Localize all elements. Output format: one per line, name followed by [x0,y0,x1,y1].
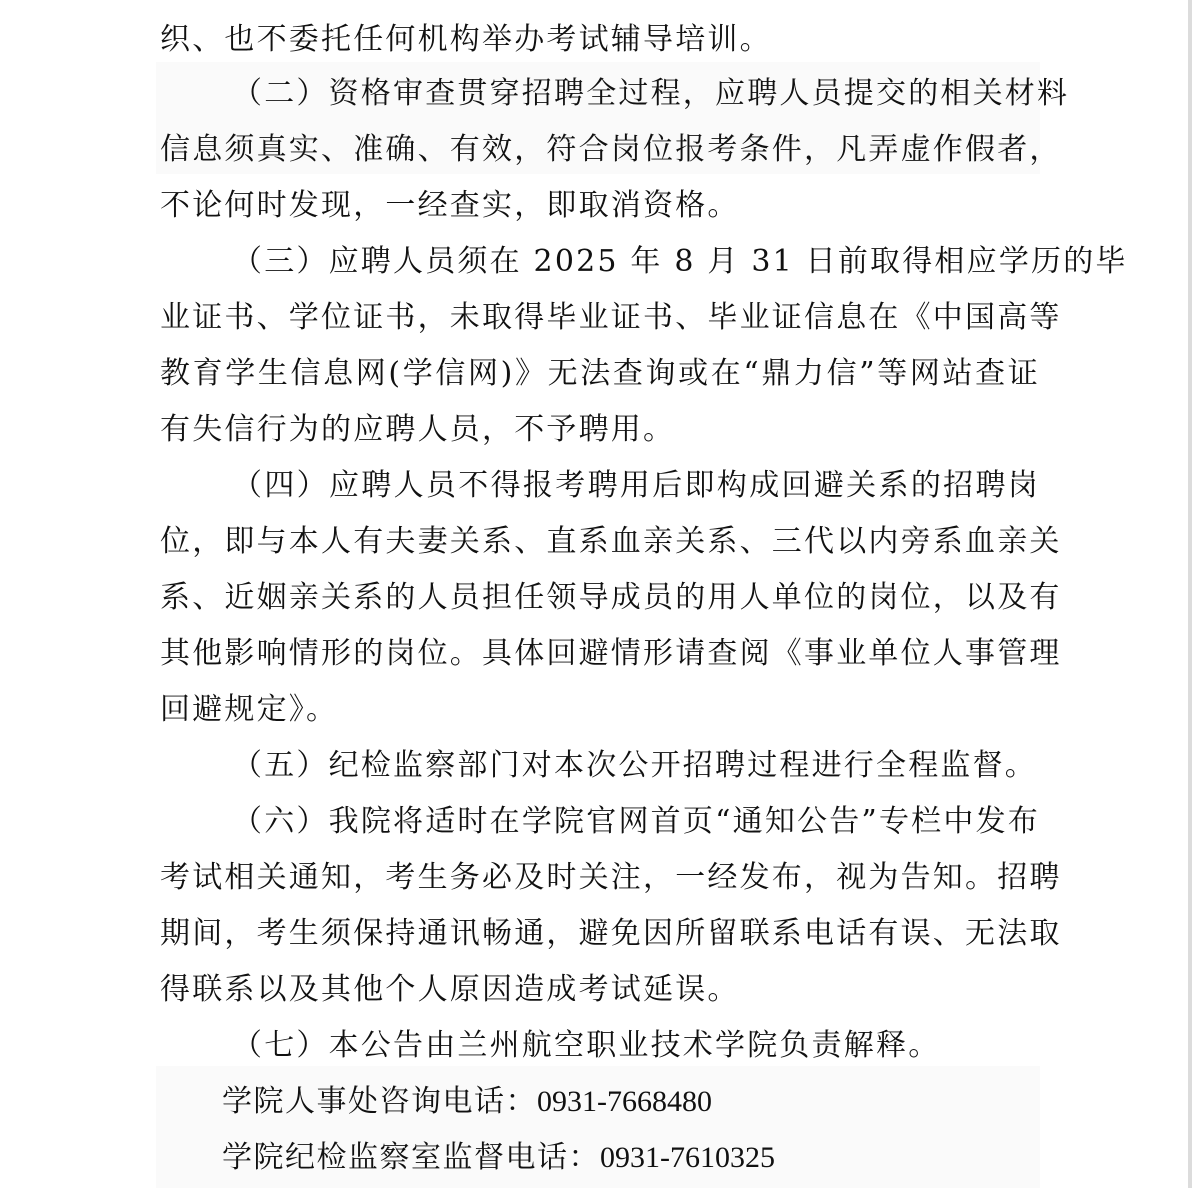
item-2-line-1: （二）资格审查贯穿招聘全过程，应聘人员提交的相关材料 [232,74,1040,114]
item-4-line-2: 位，即与本人有夫妻关系、直系血亲关系、三代以内旁系血亲关 [160,522,1040,562]
paragraph-line: 织、也不委托任何机构举办考试辅导培训。 [160,20,1040,60]
item-2-line-2: 信息须真实、准确、有效，符合岗位报考条件，凡弄虚作假者， [160,130,1040,170]
item-4-line-4: 其他影响情形的岗位。具体回避情形请查阅《事业单位人事管理 [160,634,1040,674]
item-3-line-3: 教育学生信息网(学信网)》无法查询或在“鼎力信”等网站查证 [160,354,1040,394]
contact-discipline-label: 学院纪检监察室监督电话： [222,1140,600,1175]
item-4-line-5: 回避规定》。 [160,690,1040,730]
item-3-line-1: （三）应聘人员须在 2025 年 8 月 31 日前取得相应学历的毕 [232,242,1040,282]
scrollbar-track[interactable] [1188,0,1192,1188]
contact-hr-phone: 学院人事处咨询电话：0931-7668480 [222,1082,1042,1122]
item-7-line-1: （七）本公告由兰州航空职业技术学院负责解释。 [232,1026,1040,1066]
contact-hr-label: 学院人事处咨询电话： [222,1084,537,1119]
item-3-line-4: 有失信行为的应聘人员，不予聘用。 [160,410,1040,450]
item-6-line-4: 得联系以及其他个人原因造成考试延误。 [160,970,1040,1010]
item-6-line-3: 期间，考生须保持通讯畅通，避免因所留联系电话有误、无法取 [160,914,1040,954]
contact-discipline-phone: 学院纪检监察室监督电话：0931-7610325 [222,1138,1042,1178]
contact-discipline-number: 0931-7610325 [600,1141,775,1174]
item-4-line-1: （四）应聘人员不得报考聘用后即构成回避关系的招聘岗 [232,466,1040,506]
item-6-line-1: （六）我院将适时在学院官网首页“通知公告”专栏中发布 [232,802,1040,842]
item-3-line-2: 业证书、学位证书，未取得毕业证书、毕业证信息在《中国高等 [160,298,1040,338]
item-6-line-2: 考试相关通知，考生务必及时关注，一经发布，视为告知。招聘 [160,858,1040,898]
item-4-line-3: 系、近姻亲关系的人员担任领导成员的用人单位的岗位，以及有 [160,578,1040,618]
item-2-line-3: 不论何时发现，一经查实，即取消资格。 [160,186,1040,226]
document-page: 织、也不委托任何机构举办考试辅导培训。 （二）资格审查贯穿招聘全过程，应聘人员提… [0,0,1188,1188]
contact-hr-number: 0931-7668480 [537,1085,712,1118]
item-5-line-1: （五）纪检监察部门对本次公开招聘过程进行全程监督。 [232,746,1040,786]
